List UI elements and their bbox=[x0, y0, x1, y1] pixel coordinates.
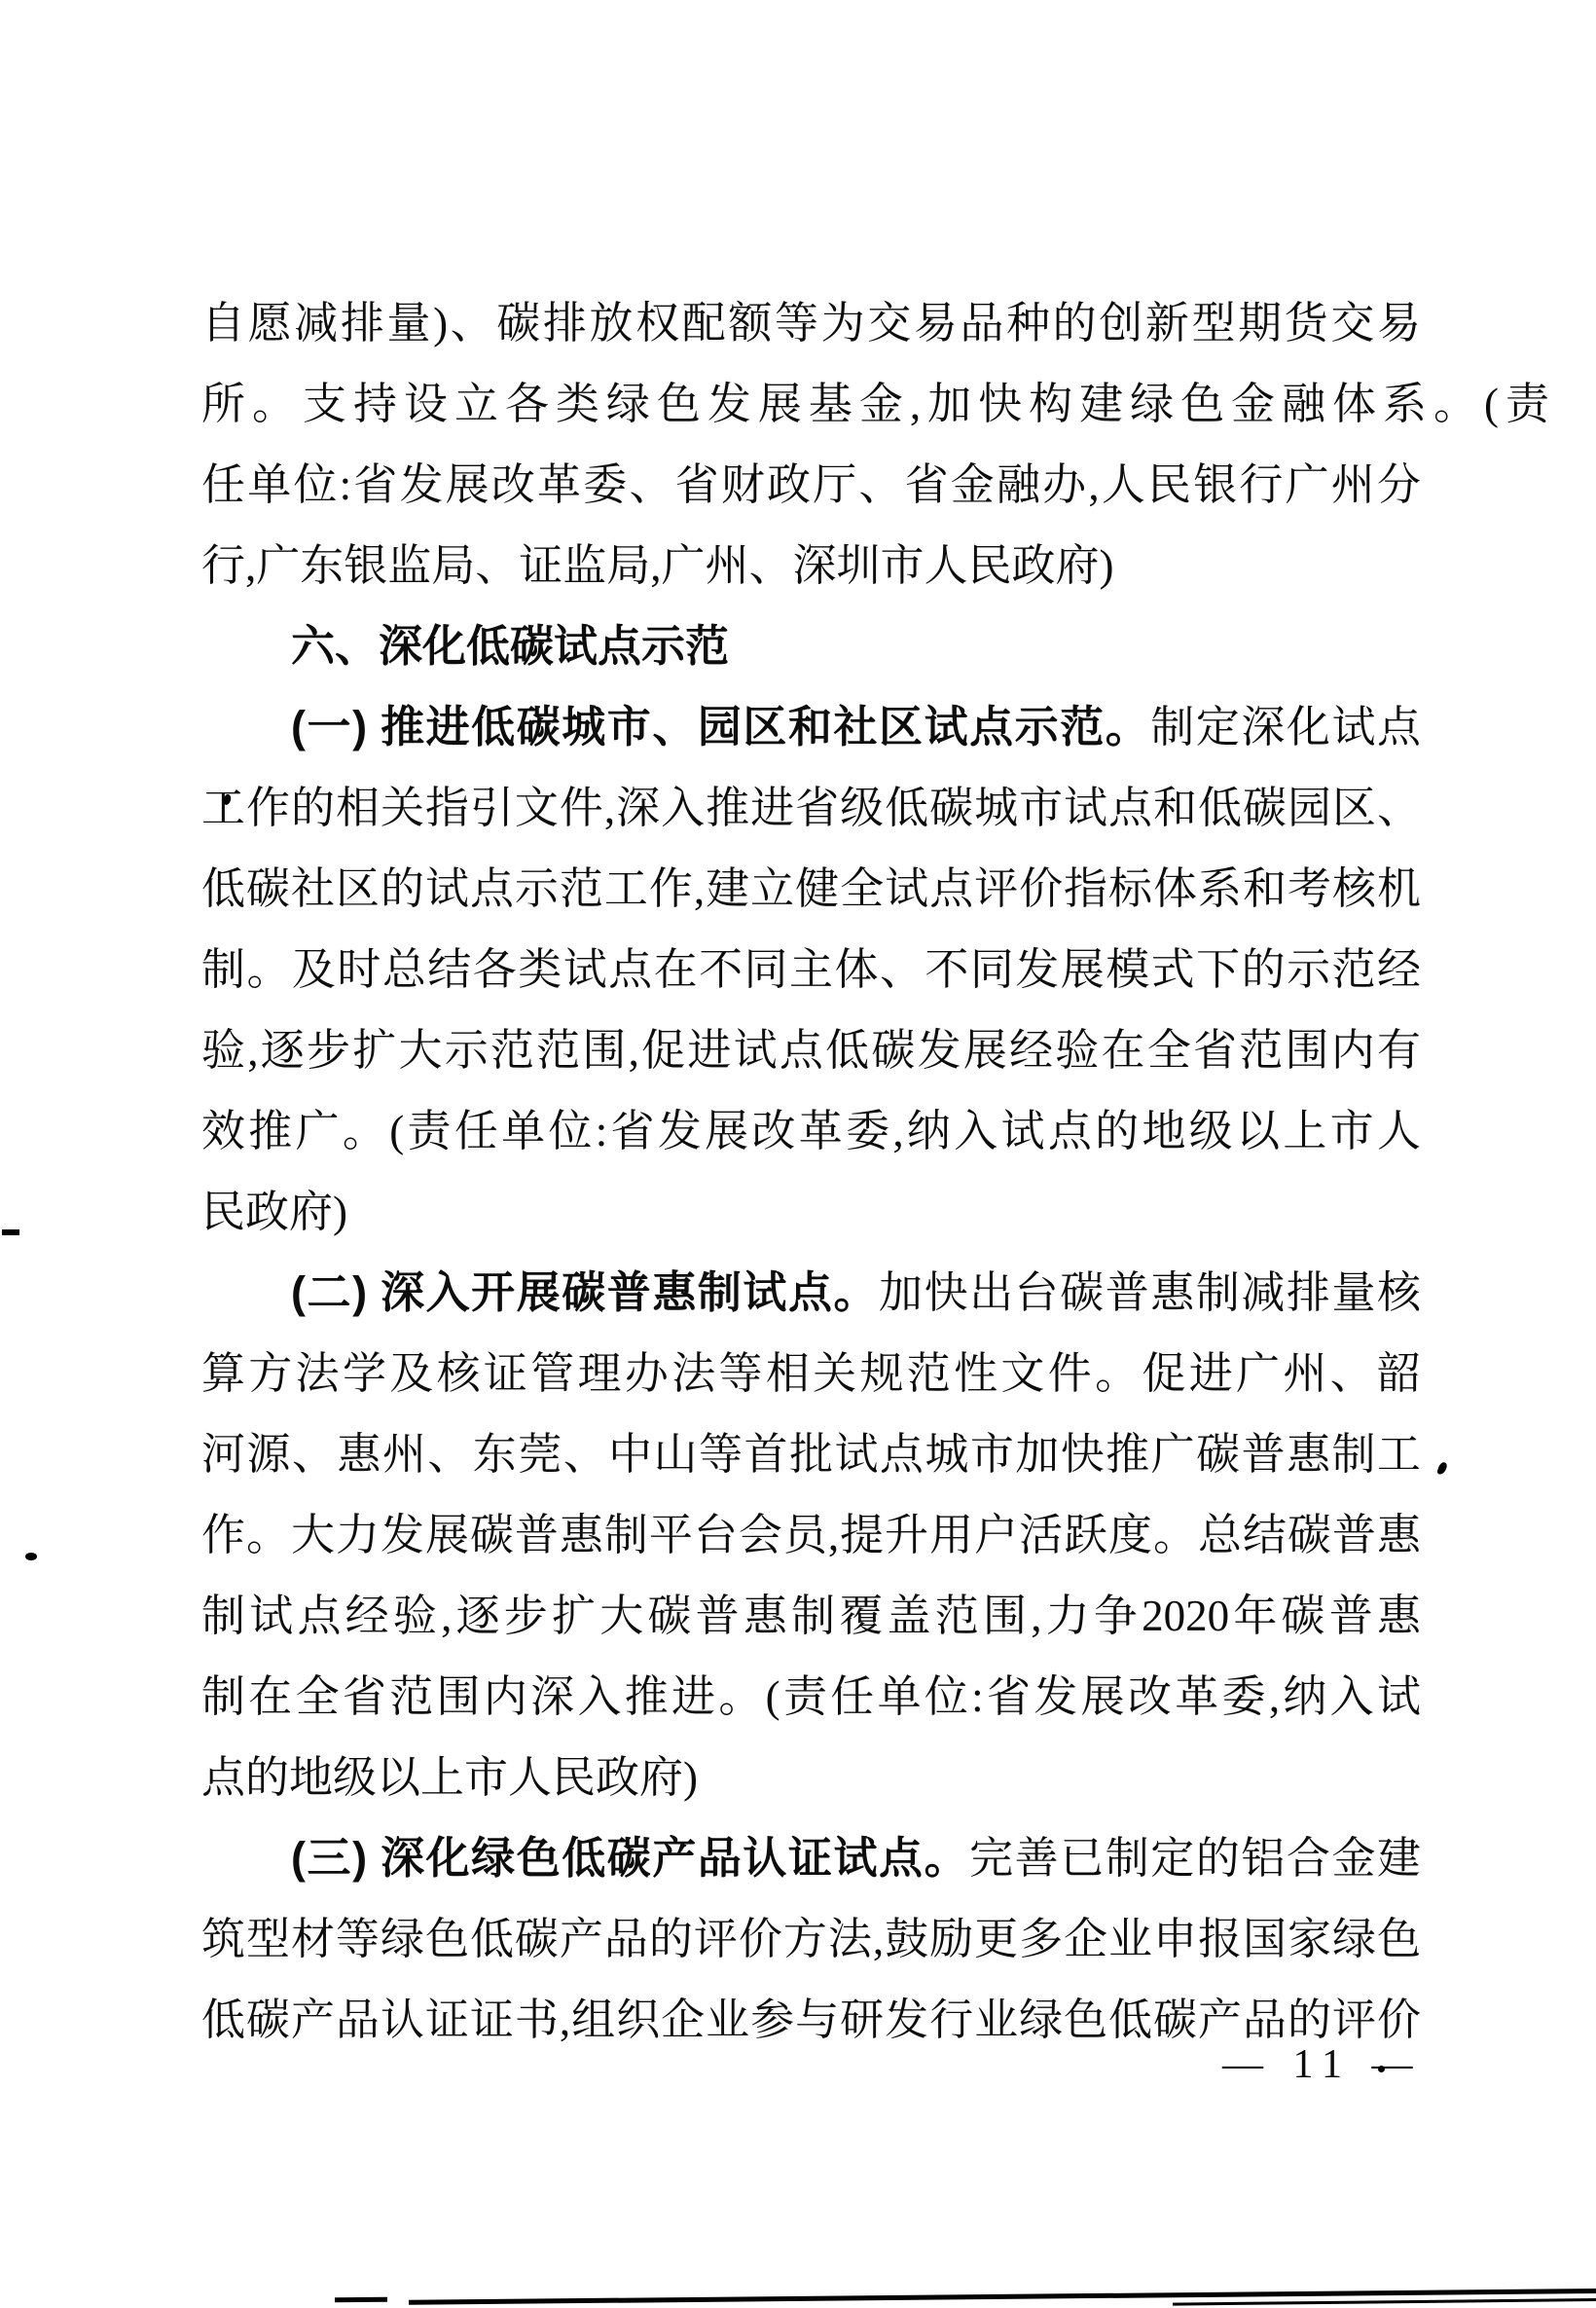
text-segment: 所。支持设立各类绿色发展基金,加快构建绿色金融体系。(责 bbox=[201, 380, 1549, 428]
text-line: 算方法学及核证管理办法等相关规范性文件。促进广州、韶关、 bbox=[201, 1332, 1421, 1412]
text-line: 筑型材等绿色低碳产品的评价方法,鼓励更多企业申报国家绿色 bbox=[201, 1897, 1421, 1978]
text-segment: 自愿减排量)、碳排放权配额等为交易品种的创新型期货交易 bbox=[201, 299, 1421, 348]
text-line: 制在全省范围内深入推进。(责任单位:省发展改革委,纳入试 bbox=[201, 1655, 1421, 1736]
text-segment: 民政府) bbox=[201, 1188, 347, 1236]
text-line: 效推广。(责任单位:省发展改革委,纳入试点的地级以上市人 bbox=[201, 1089, 1421, 1170]
scan-edge-line-lower bbox=[1173, 2298, 1596, 2306]
text-segment-bold: (一) 推进低碳城市、园区和社区试点示范。 bbox=[291, 702, 1150, 751]
text-segment: 制在全省范围内深入推进。(责任单位:省发展改革委,纳入试 bbox=[201, 1672, 1421, 1721]
text-line: (二) 深入开展碳普惠制试点。加快出台碳普惠制减排量核 bbox=[201, 1251, 1421, 1332]
section-heading: 六、深化低碳试点示范 bbox=[201, 604, 1421, 685]
page-number: — 11 — bbox=[1222, 2040, 1422, 2089]
text-line: 自愿减排量)、碳排放权配额等为交易品种的创新型期货交易 bbox=[201, 281, 1421, 362]
text-line: (一) 推进低碳城市、园区和社区试点示范。制定深化试点 bbox=[201, 685, 1421, 766]
document-page: 自愿减排量)、碳排放权配额等为交易品种的创新型期货交易所。支持设立各类绿色发展基… bbox=[0, 0, 1596, 2308]
text-segment: 作。大力发展碳普惠制平台会员,提升用户活跃度。总结碳普惠 bbox=[201, 1511, 1421, 1559]
ink-dash-left-margin bbox=[2, 1229, 19, 1235]
text-segment: 验,逐步扩大示范范围,促进试点低碳发展经验在全省范围内有 bbox=[201, 1026, 1421, 1075]
scan-edge-line-short bbox=[335, 2297, 387, 2302]
text-line: 工作的相关指引文件,深入推进省级低碳城市试点和低碳园区、 bbox=[201, 766, 1421, 847]
text-line: 行,广东银监局、证监局,广州、深圳市人民政府) bbox=[201, 524, 1421, 604]
text-line: 点的地级以上市人民政府) bbox=[201, 1736, 1421, 1816]
ink-dot-left-margin bbox=[25, 1553, 37, 1560]
text-segment: 完善已制定的铝合金建 bbox=[969, 1834, 1421, 1883]
text-segment: 行,广东银监局、证监局,广州、深圳市人民政府) bbox=[201, 541, 1114, 590]
text-segment: 低碳社区的试点示范工作,建立健全试点评价指标体系和考核机 bbox=[201, 864, 1421, 913]
text-segment: 效推广。(责任单位:省发展改革委,纳入试点的地级以上市人 bbox=[201, 1107, 1421, 1155]
text-segment: 工作的相关指引文件,深入推进省级低碳城市试点和低碳园区、 bbox=[201, 784, 1421, 832]
text-line: 验,逐步扩大示范范围,促进试点低碳发展经验在全省范围内有 bbox=[201, 1008, 1421, 1089]
text-segment: 加快出台碳普惠制减排量核 bbox=[879, 1268, 1421, 1317]
text-block: 自愿减排量)、碳排放权配额等为交易品种的创新型期货交易所。支持设立各类绿色发展基… bbox=[201, 281, 1421, 2059]
text-line: 民政府) bbox=[201, 1170, 1421, 1251]
text-segment-bold: (二) 深入开展碳普惠制试点。 bbox=[291, 1267, 879, 1317]
text-segment: 河源、惠州、东莞、中山等首批试点城市加快推广碳普惠制工 bbox=[201, 1430, 1421, 1479]
text-segment-bold: 六、深化低碳试点示范 bbox=[291, 621, 729, 671]
text-segment: 点的地级以上市人民政府) bbox=[201, 1753, 698, 1802]
text-line: 制。及时总结各类试点在不同主体、不同发展模式下的示范经 bbox=[201, 928, 1421, 1008]
text-segment: 制。及时总结各类试点在不同主体、不同发展模式下的示范经 bbox=[201, 945, 1421, 994]
text-line: (三) 深化绿色低碳产品认证试点。完善已制定的铝合金建 bbox=[201, 1816, 1421, 1897]
text-line: 低碳社区的试点示范工作,建立健全试点评价指标体系和考核机 bbox=[201, 847, 1421, 928]
text-segment: 制试点经验,逐步扩大碳普惠制覆盖范围,力争2020年碳普惠 bbox=[201, 1592, 1421, 1640]
text-segment: 任单位:省发展改革委、省财政厅、省金融办,人民银行广州分 bbox=[201, 460, 1421, 509]
text-line: 所。支持设立各类绿色发展基金,加快构建绿色金融体系。(责 bbox=[201, 362, 1549, 443]
text-segment: 算方法学及核证管理办法等相关规范性文件。促进广州、韶关、 bbox=[201, 1349, 1421, 1412]
text-line: 制试点经验,逐步扩大碳普惠制覆盖范围,力争2020年碳普惠 bbox=[201, 1574, 1421, 1655]
ink-dot-after-page-number bbox=[1378, 2066, 1385, 2072]
text-segment-bold: (三) 深化绿色低碳产品认证试点。 bbox=[291, 1833, 969, 1883]
text-line: 作。大力发展碳普惠制平台会员,提升用户活跃度。总结碳普惠 bbox=[201, 1493, 1421, 1574]
text-segment: 筑型材等绿色低碳产品的评价方法,鼓励更多企业申报国家绿色 bbox=[201, 1915, 1421, 1963]
text-line: 河源、惠州、东莞、中山等首批试点城市加快推广碳普惠制工 bbox=[201, 1412, 1421, 1493]
text-line: 任单位:省发展改革委、省财政厅、省金融办,人民银行广州分 bbox=[201, 443, 1421, 524]
text-segment: 低碳产品认证证书,组织企业参与研发行业绿色低碳产品的评价 bbox=[201, 1996, 1421, 2044]
ink-comma-right-margin bbox=[1436, 1461, 1448, 1476]
text-segment: 制定深化试点 bbox=[1150, 703, 1421, 751]
